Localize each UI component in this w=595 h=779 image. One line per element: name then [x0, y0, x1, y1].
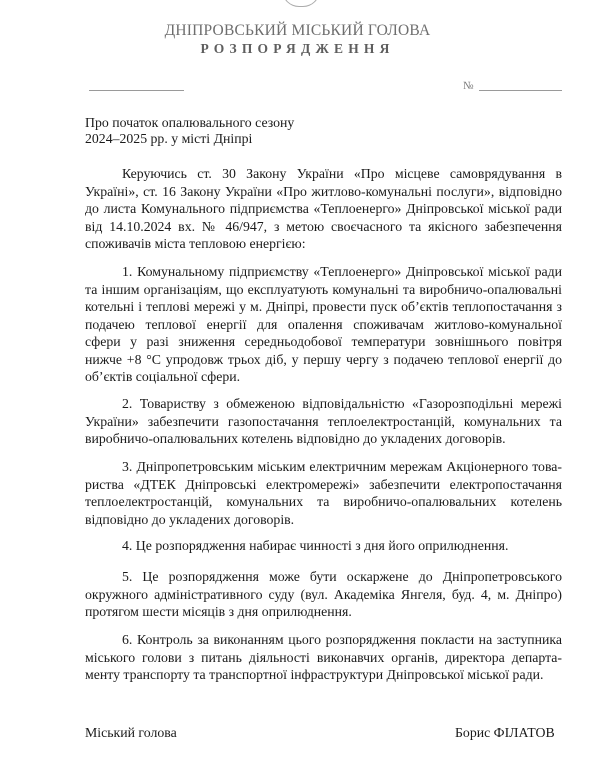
- subject-line-2: 2024–2025 рр. у місті Дніпрі: [85, 131, 294, 147]
- number-field: №: [463, 80, 568, 94]
- item-line: України» забезпечити газопостачання тепл…: [85, 413, 562, 431]
- preamble-line: споживачів міста тепловою енергією:: [85, 235, 562, 253]
- signatory-name: Борис ФІЛАТОВ: [455, 725, 555, 741]
- preamble-line: від 14.10.2024 вх. № 46/947, з метою сво…: [85, 218, 562, 236]
- item-line: нижче +8 °С упродовж трьох діб, у першу …: [85, 351, 562, 369]
- item-5: 5. Це розпорядження може бути оскаржене …: [85, 568, 562, 621]
- item-line: окружного адміністративного суду (вул. А…: [85, 586, 562, 604]
- item-line: сфери у разі зниження середньодобової те…: [85, 333, 562, 351]
- item-line: об’єктів соціальної сфери.: [85, 368, 562, 386]
- date-field: [89, 90, 184, 91]
- subject-line-1: Про початок опалювального сезону: [85, 115, 294, 131]
- item-line: та іншим організаціям, що експлуатують к…: [85, 281, 562, 299]
- subject: Про початок опалювального сезону 2024–20…: [85, 115, 294, 147]
- number-label: №: [463, 80, 474, 92]
- item-line: виробничо-опалювальних котелень відповід…: [85, 430, 562, 448]
- item-line: подачею теплової енергії для опалення сп…: [85, 316, 562, 334]
- issuer-title: ДНІПРОВСЬКИЙ МІСЬКИЙ ГОЛОВА: [0, 22, 595, 40]
- item-line: 2. Товариству з обмеженою відповідальніс…: [85, 395, 562, 413]
- item-line: менту транспорту та транспортної інфраст…: [85, 666, 562, 684]
- item-line: 1. Комунальному підприємству «Теплоенерг…: [85, 263, 562, 281]
- coat-of-arms-icon: [282, 0, 320, 7]
- item-line: 3. Дніпропетровським міським електричним…: [85, 458, 562, 476]
- item-line: теплоелектростанцій, комунальних та виро…: [85, 493, 562, 511]
- document-type: РОЗПОРЯДЖЕННЯ: [0, 41, 595, 57]
- preamble: Керуючись ст. 30 Закону України «Про міс…: [85, 165, 562, 253]
- item-1: 1. Комунальному підприємству «Теплоенерг…: [85, 263, 562, 386]
- item-line: котельні і теплові мережі у м. Дніпрі, п…: [85, 298, 562, 316]
- item-2: 2. Товариству з обмеженою відповідальніс…: [85, 395, 562, 448]
- item-line: протягом шести місяців з дня оприлюдненн…: [85, 603, 562, 621]
- preamble-line: Україні», ст. 16 Закону України «Про жит…: [85, 183, 562, 201]
- item-line: риства «ДТЕК Дніпровські електромережі» …: [85, 476, 562, 494]
- item-line: міського голови з питань діяльності вико…: [85, 649, 562, 667]
- signatory-position: Міський голова: [85, 725, 177, 741]
- preamble-line: до листа Комунального підприємства «Тепл…: [85, 200, 562, 218]
- number-line: [479, 90, 562, 91]
- item-6: 6. Контроль за виконанням цього розпоряд…: [85, 631, 562, 684]
- item-line: 4. Це розпорядження набирає чинності з д…: [85, 537, 562, 555]
- item-line: 6. Контроль за виконанням цього розпоряд…: [85, 631, 562, 649]
- item-line: відповідно до укладених договорів.: [85, 511, 562, 529]
- item-4: 4. Це розпорядження набирає чинності з д…: [85, 537, 562, 555]
- item-3: 3. Дніпропетровським міським електричним…: [85, 458, 562, 528]
- preamble-line: Керуючись ст. 30 Закону України «Про міс…: [85, 165, 562, 183]
- item-line: 5. Це розпорядження може бути оскаржене …: [85, 568, 562, 586]
